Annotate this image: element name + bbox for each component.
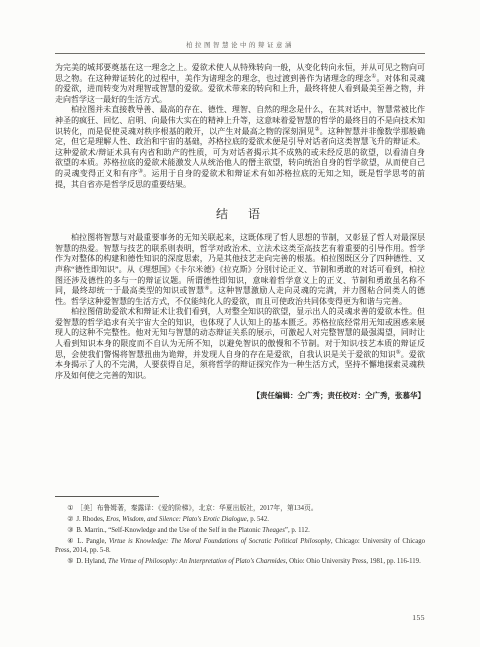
footnote-ref: ③ <box>138 168 143 174</box>
footnote-number: ① <box>67 505 73 512</box>
footnote-number: ② <box>67 516 73 523</box>
body-paragraphs: 为完美的城邦要奠基在这一理念之上。爱欲术使人从特殊转向一般，从变化转向永恒，并从… <box>55 63 425 190</box>
footnote-number: ③ <box>67 527 73 534</box>
page-number: 155 <box>412 613 425 622</box>
footnote-number: ⑤ <box>67 558 73 565</box>
footnote-item: ⑤D. Hyland, The Virtue of Philosophy: An… <box>55 557 425 566</box>
section-heading-conclusion: 结 语 <box>55 205 425 222</box>
footnote-text: B. Marrin., “Self-Knowledge and the Use … <box>76 527 262 534</box>
footnote-number: ④ <box>67 538 74 545</box>
running-header-title: 柏拉图智慧论中的辩证意涵 <box>55 40 425 49</box>
footnote-divider <box>55 496 159 497</box>
footnote-list: ①［美］布鲁姆著，秦露译：《爱的阶梯》，北京：华夏出版社，2017年，第134页… <box>55 504 425 566</box>
footnote-item: ③B. Marrin., “Self-Knowledge and the Use… <box>55 526 425 535</box>
footnote-text: L. Pangle, <box>77 538 109 545</box>
footnote-text: ”, p. 112. <box>285 527 310 534</box>
paragraph: 柏拉图将智慧与对最重要事务的无知关联起来，这既体现了哲人思想的节制，又彰显了哲人… <box>55 233 425 307</box>
header-rule <box>55 53 425 54</box>
footnote-ref: ② <box>315 126 320 132</box>
footnote-item: ④L. Pangle, Virtue is Knowledge: The Mor… <box>55 537 425 556</box>
footnotes-section: ①［美］布鲁姆著，秦露译：《爱的阶梯》，北京：华夏出版社，2017年，第134页… <box>55 496 425 568</box>
footnote-item: ①［美］布鲁姆著，秦露译：《爱的阶梯》，北京：华夏出版社，2017年，第134页… <box>55 504 425 513</box>
footnote-text: D. Hyland, <box>76 558 108 565</box>
footnote-ref: ① <box>371 73 376 79</box>
document-page: 柏拉图智慧论中的辩证意涵 为完美的城邦要奠基在这一理念之上。爱欲术使人从特殊转向… <box>0 0 480 647</box>
footnote-title-italic: Theages <box>262 527 285 534</box>
footnote-title-italic: Eros, Wisdom, and Silence: Plato's Eroti… <box>106 516 247 523</box>
footnote-text: ［美］布鲁姆著，秦露译：《爱的阶梯》，北京：华夏出版社，2017年，第134页。 <box>76 505 317 512</box>
footnote-title-italic: The Virtue of Philosophy: An Interpretat… <box>108 558 286 565</box>
editor-note: 【责任编辑：仝广秀；责任校对：仝广秀，张慕华】 <box>55 390 425 401</box>
footnote-ref: ④ <box>204 285 209 291</box>
footnote-item: ②J. Rhodes, Eros, Wisdom, and Silence: P… <box>55 515 425 524</box>
footnote-text: , p. 542. <box>247 516 269 523</box>
footnote-text: J. Rhodes, <box>76 516 106 523</box>
conclusion-paragraphs: 柏拉图将智慧与对最重要事务的无知关联起来，这既体现了哲人思想的节制，又彰显了哲人… <box>55 233 425 381</box>
footnote-text: , Ohio: Ohio University Press, 1981, pp.… <box>286 558 421 565</box>
page-content: 为完美的城邦要奠基在这一理念之上。爱欲术使人从特殊转向一般，从变化转向永恒，并从… <box>55 63 425 401</box>
paragraph: 为完美的城邦要奠基在这一理念之上。爱欲术使人从特殊转向一般，从变化转向永恒，并从… <box>55 63 425 105</box>
footnote-title-italic: Virtue is Knowledge: The Moral Foundatio… <box>109 538 331 545</box>
paragraph: 柏拉图借助爱欲术和辩证术让我们看到，人对整全知识的欲望，显示出人的灵魂求善的爱欲… <box>55 307 425 381</box>
paragraph: 柏拉图并未直接教导善、最高的存在、德性、理智、自然的理念是什么，在其对话中，智慧… <box>55 105 425 190</box>
footnote-ref: ⑤ <box>396 349 401 355</box>
